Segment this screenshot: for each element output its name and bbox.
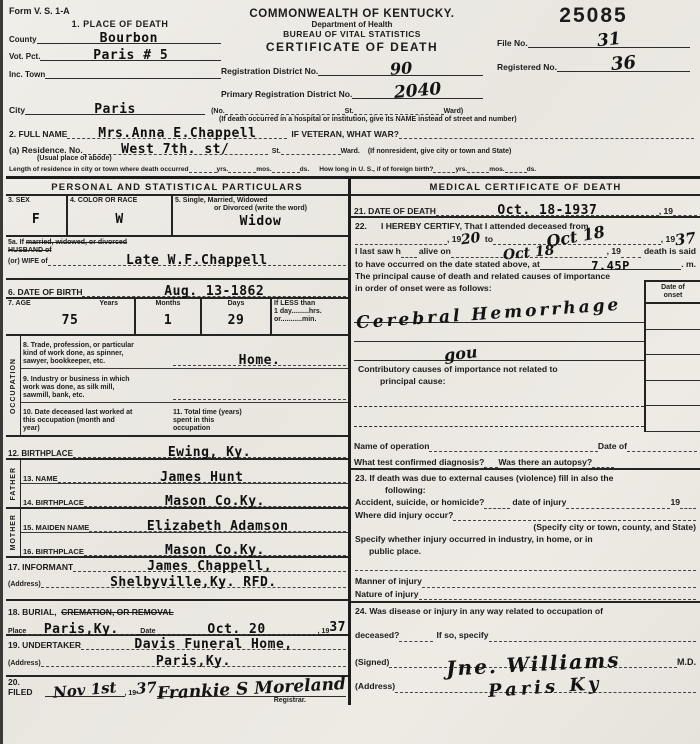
less-than-1: If LESS than (274, 300, 346, 308)
last-worked-1: 10. Date deceased last worked at (23, 409, 173, 417)
registered-no-label: Registered No. (497, 62, 557, 72)
mos2-label: mos. (489, 166, 504, 173)
where-note: (Specify city or town, county, and State… (355, 521, 696, 533)
residence-ward-label: Ward. (341, 148, 360, 155)
autopsy-label: Was there an autopsy? (498, 456, 592, 468)
filed-label: 20. FILED (8, 677, 45, 697)
file-no-field: File No. 31 (497, 30, 690, 48)
commonwealth-title: COMMONWEALTH OF KENTUCKY. (221, 8, 483, 20)
race-label: 4. COLOR OR RACE (70, 197, 169, 205)
birthplace-row: 12. BIRTHPLACE Ewing, Ky. (6, 437, 348, 460)
death-certificate-document: Form V. S. 1-A 1. PLACE OF DEATH County … (0, 0, 700, 744)
onset-label-1: Date of (646, 284, 700, 292)
residence-label: (a) Residence. No. (9, 145, 83, 155)
undertaker-address-label: (Address) (8, 660, 41, 667)
registered-no-value: 36 (610, 52, 637, 75)
informant-row: 17. INFORMANT James Chappell, (8, 559, 346, 572)
spouse-label-struck: married, widowed, or divorced (26, 239, 127, 246)
to-label: to (485, 233, 493, 246)
city-value: Paris (94, 102, 136, 117)
place-of-death-title: 1. PLACE OF DEATH (19, 19, 221, 29)
age-days-cell: Days 29 (202, 299, 272, 334)
cause-line-1: Cerebral Hemorrhage (354, 304, 644, 323)
sex-label: 3. SEX (8, 197, 64, 205)
full-name-field: 2. FULL NAME Mrs.Anna E.Chappell IF VETE… (9, 126, 694, 139)
certify-line-1: 22. I HEREBY CERTIFY, That I attended de… (355, 220, 696, 233)
date-of-onset-column: Date of onset (644, 282, 700, 432)
occupation-relation-block: 24. Was disease or injury in any way rel… (354, 603, 697, 705)
yrs2-label: yrs. (455, 166, 467, 173)
dob-row: 6. DATE OF BIRTH Aug. 13-1862 (6, 280, 348, 299)
yrs-label: yrs. (217, 166, 229, 173)
medical-column: MEDICAL CERTIFICATE OF DEATH 21. DATE OF… (351, 179, 700, 705)
nonresident-note: (If nonresident, give city or town and S… (368, 148, 512, 155)
operation-row: Name of operation Date of (354, 432, 697, 452)
trade-label-3: sawyer, bookkeeper, etc. (23, 358, 173, 366)
date-of-label: Date of (598, 440, 627, 452)
precinct-label: Vot. Pct. (9, 52, 40, 61)
md-suffix: M.D. (677, 656, 696, 669)
file-no-value: 31 (596, 29, 622, 51)
informant-block: 17. INFORMANT James Chappell, (Address) … (6, 558, 348, 601)
injury-date-label: date of injury (512, 496, 566, 509)
test-label: What test confirmed diagnosis? (354, 456, 484, 468)
precinct-value: Paris # 5 (93, 48, 168, 63)
filed-block: 20. FILED Nov 1st , 19 37 Frankie S More… (6, 677, 348, 705)
last-saw-2: alive on (419, 245, 451, 258)
registered-no-field: Registered No. 36 (497, 53, 690, 72)
undertaker-address-row: (Address) Paris,Ky. (8, 654, 346, 667)
mother-block: MOTHER 15. MAIDEN NAME Elizabeth Adamson… (6, 509, 348, 558)
item23-1: 23. If death was due to external causes … (355, 472, 696, 484)
total-time-1: 11. Total time (years) (173, 409, 346, 417)
undertaker-row: 19. UNDERTAKER Davis Funeral Home, (8, 637, 346, 650)
trade-label-2: kind of work done, as spinner, (23, 350, 173, 358)
contributory-block: Contributory causes of importance not re… (354, 361, 644, 391)
filed-year-prefix: , 19 (125, 690, 137, 697)
industry-label-3: sawmill, bank, etc. (23, 392, 173, 400)
nature-label: Nature of injury (355, 588, 419, 601)
filed-year-value: 37 (136, 678, 158, 697)
father-birthplace-row: 14. BIRTHPLACE Mason Co.Ky. (21, 484, 348, 507)
manner-label: Manner of injury (355, 575, 422, 588)
city-field: City Paris (No. St. Ward) (9, 102, 694, 115)
item23-2: following: (355, 484, 696, 496)
city-note: (If death occurred in a hospital or inst… (219, 116, 694, 123)
cause-area: in order of onset were as follows: Cereb… (354, 282, 700, 432)
less-than-3: or...........min. (274, 316, 346, 324)
registration-district-label: Registration District No. (221, 66, 318, 76)
deceased-row: deceased? If so, specify (355, 629, 696, 642)
primary-district-field: Primary Registration District No. 2040 (221, 81, 483, 99)
residence-field: (a) Residence. No. West 7th. st/ St. War… (9, 142, 694, 155)
sex-cell: 3. SEX F (6, 196, 68, 235)
trade-value: Home. (239, 353, 281, 368)
age-years-cell: 7. AGEYears 75 (6, 299, 136, 334)
injury-year: 19 (670, 496, 680, 509)
informant-label: 17. INFORMANT (8, 562, 73, 572)
spouse-label-3: (or) WIFE of (8, 258, 48, 266)
dob-value: Aug. 13-1862 (164, 284, 264, 299)
commonwealth-block: COMMONWEALTH OF KENTUCKY. Department of … (221, 4, 483, 99)
contributory-2: principal cause: (358, 375, 644, 387)
mother-name-row: 15. MAIDEN NAME Elizabeth Adamson (21, 509, 348, 533)
serial-number: 25085 (497, 4, 690, 28)
mother-bp-value: Mason Co.Ky. (165, 543, 265, 558)
burial-year-value: 37 (329, 620, 346, 635)
cause-scribble: gou (443, 342, 478, 364)
accident-row: Accident, suicide, or homicide? date of … (355, 496, 696, 509)
total-time-2: spent in this (173, 417, 346, 425)
date-of-death-row: 21. DATE OF DEATH Oct. 18-1937 , 19 (351, 196, 700, 218)
days-label: Days (204, 300, 268, 308)
burial-place-date-row: Place Paris,Ky. Date Oct. 20 , 19 37 (8, 620, 346, 635)
nature-row: Nature of injury (355, 588, 696, 601)
father-name-value: James Hunt (160, 470, 243, 485)
marital-cell: 5. Single, Married, Widowed or Divorced … (173, 196, 348, 235)
onset-label-2: onset (646, 292, 700, 300)
days-value: 29 (228, 313, 245, 328)
sex-race-marital-row: 3. SEX F 4. COLOR OR RACE W 5. Single, M… (6, 196, 348, 237)
county-label: County (9, 35, 37, 44)
mother-side-label: MOTHER (10, 514, 17, 550)
m-label: . m. (681, 258, 696, 271)
city-st-label: St. (345, 108, 354, 115)
residence-st-label: St. (272, 148, 281, 155)
ds2-label: ds. (527, 166, 537, 173)
specify-1: Specify whether injury occurred in indus… (355, 533, 696, 545)
filed-row: 20. FILED Nov 1st , 19 37 Frankie S More… (8, 677, 346, 697)
mos-label: mos. (256, 166, 271, 173)
marital-value: Widow (240, 214, 282, 229)
veteran-label: IF VETERAN, WHAT WAR? (291, 129, 399, 139)
test-autopsy-row: What test confirmed diagnosis? Was there… (351, 452, 700, 470)
mother-birthplace-row: 16. BIRTHPLACE Mason Co.Ky. (21, 533, 348, 556)
cause-line-3: gou (354, 342, 644, 361)
personal-title: PERSONAL AND STATISTICAL PARTICULARS (6, 179, 348, 196)
certify-line-2: , 19 20 to Oct 18 , 19 37 (355, 233, 696, 246)
father-side-label: FATHER (10, 467, 17, 500)
burial-year-prefix: , 19 (318, 628, 330, 635)
specify-2: public place. (355, 545, 696, 557)
age-label: 7. AGE (8, 300, 31, 308)
race-value: W (115, 212, 123, 227)
accident-label: Accident, suicide, or homicide? (355, 496, 484, 509)
burial-place-label: Place (8, 628, 26, 635)
age-row: 7. AGEYears 75 Months 1 Days 29 If LESS … (6, 299, 348, 336)
age-months-cell: Months 1 (136, 299, 202, 334)
inc-town-field: Inc. Town (9, 70, 221, 79)
burial-date-value: Oct. 20 (207, 622, 265, 637)
med-address-label: (Address) (355, 680, 395, 693)
registration-district-value: 90 (389, 58, 413, 79)
marital-label-1: 5. Single, Married, Widowed (175, 197, 346, 205)
burial-label-struck: CREMATION, OR REMOVAL (61, 607, 174, 617)
where-label: Where did injury occur? (355, 509, 453, 522)
city-ward-label: Ward) (444, 108, 464, 115)
father-bp-value: Mason Co.Ky. (165, 494, 265, 509)
spouse-row: 5a. If married, widowed, or divorced HUS… (6, 237, 348, 280)
medical-title: MEDICAL CERTIFICATE OF DEATH (351, 179, 700, 196)
to-year-prefix: , 19 (661, 233, 675, 246)
main-columns: PERSONAL AND STATISTICAL PARTICULARS 3. … (6, 176, 700, 705)
industry-row: 9. Industry or business in which work wa… (21, 369, 348, 403)
primary-district-label: Primary Registration District No. (221, 89, 352, 99)
signed-row: (Signed) Jne. Williams M.D. (355, 656, 696, 669)
file-numbers-block: 25085 File No. 31 Registered No. 36 (483, 4, 694, 99)
burial-label: 18. BURIAL, (8, 607, 57, 617)
mother-name-label: 15. MAIDEN NAME (23, 524, 89, 532)
less-than-cell: If LESS than 1 day.........hrs. or......… (272, 299, 348, 334)
last-worked-row: 10. Date deceased last worked at this oc… (21, 403, 348, 436)
months-label: Months (138, 300, 198, 308)
occupation-side-label: OCCUPATION (10, 358, 17, 414)
father-name-row: 13. NAME James Hunt (21, 460, 348, 484)
father-block: FATHER 13. NAME James Hunt 14. BIRTHPLAC… (6, 460, 348, 509)
trade-row: 8. Trade, profession, or particular kind… (21, 336, 348, 370)
contributory-1: Contributory causes of importance not re… (358, 363, 644, 375)
registration-district-field: Registration District No. 90 (221, 59, 483, 76)
certificate-title: CERTIFICATE OF DEATH (221, 40, 483, 54)
from-year-value: 20 (461, 231, 482, 246)
personal-column: PERSONAL AND STATISTICAL PARTICULARS 3. … (6, 179, 351, 705)
sex-value: F (32, 212, 40, 227)
ds-label: ds. (300, 166, 310, 173)
informant-value: James Chappell, (147, 559, 272, 574)
informant-address-value: Shelbyville,Ky. RFD. (110, 575, 277, 590)
city-label: City (9, 105, 25, 115)
less-than-2: 1 day.........hrs. (274, 308, 346, 316)
mother-bp-label: 16. BIRTHPLACE (23, 548, 84, 556)
industry-label-1: 9. Industry or business in which (23, 376, 173, 384)
item22-number: 22. (355, 220, 367, 233)
certify-block: 22. I HEREBY CERTIFY, That I attended de… (354, 218, 697, 282)
dod-year-suffix: , 19 (659, 206, 673, 216)
inc-town-label: Inc. Town (9, 70, 45, 79)
trade-label-1: 8. Trade, profession, or particular (23, 342, 173, 350)
cause-line-2 (354, 323, 644, 342)
to-year-value: 37 (674, 231, 696, 246)
length-of-residence-row: Length of residence in city or town wher… (9, 166, 694, 173)
burial-date-label: Date (140, 628, 155, 635)
burial-place-value: Paris,Ky. (44, 622, 119, 637)
spouse-value: Late W.F.Chappell (126, 253, 268, 268)
manner-row: Manner of injury (355, 575, 696, 588)
primary-district-value: 2040 (393, 79, 442, 103)
informant-address-label: (Address) (8, 581, 41, 588)
dod-value: Oct. 18-1937 (497, 203, 597, 218)
full-name-label: 2. FULL NAME (9, 129, 67, 139)
years-label: Years (99, 300, 118, 308)
address-row: (Address) Paris Ky (355, 680, 696, 693)
residence-value: West 7th. st/ (121, 142, 229, 157)
last-worked-3: year) (23, 425, 173, 433)
full-name-value: Mrs.Anna E.Chappell (98, 126, 256, 141)
signed-label: (Signed) (355, 656, 389, 669)
from-year-prefix: , 19 (447, 233, 461, 246)
county-field: County Bourbon (9, 31, 221, 44)
father-name-label: 13. NAME (23, 475, 58, 483)
undertaker-label: 19. UNDERTAKER (8, 640, 81, 650)
header: Form V. S. 1-A 1. PLACE OF DEATH County … (9, 4, 694, 99)
operation-label: Name of operation (354, 440, 429, 452)
length-left-label: Length of residence in city or town wher… (9, 166, 189, 173)
undertaker-value: Davis Funeral Home, (134, 637, 292, 652)
if-so-label: If so, specify (436, 629, 488, 642)
months-value: 1 (164, 313, 172, 328)
city-no-label: (No. (211, 108, 225, 115)
physician-signature: Jne. Williams (446, 653, 621, 675)
last-saw-1: I last saw h (355, 245, 401, 258)
occupation-block: OCCUPATION 8. Trade, profession, or part… (6, 336, 348, 438)
father-bp-label: 14. BIRTHPLACE (23, 499, 84, 507)
birthplace-value: Ewing, Ky. (168, 445, 251, 460)
county-value: Bourbon (100, 31, 158, 46)
deceased-label: deceased? (355, 629, 399, 642)
industry-label-2: work was done, as silk mill, (23, 384, 173, 392)
undertaker-block: 19. UNDERTAKER Davis Funeral Home, (Addr… (6, 636, 348, 677)
last-saw-year: , 19 (607, 245, 621, 258)
physician-address: Paris Ky (488, 678, 603, 698)
length-right-label: How long in U. S., if of foreign birth? (319, 166, 433, 173)
external-causes-block: 23. If death was due to external causes … (354, 470, 697, 600)
department-line: Department of Health (221, 20, 483, 29)
years-value: 75 (62, 313, 79, 328)
spouse-label-1: 5a. If (8, 239, 24, 246)
race-cell: 4. COLOR OR RACE W (68, 196, 173, 235)
where-row: Where did injury occur? (355, 509, 696, 522)
bureau-line: BUREAU OF VITAL STATISTICS (221, 29, 483, 39)
informant-address-row: (Address) Shelbyville,Ky. RFD. (8, 575, 346, 588)
last-worked-2: this occupation (month and (23, 417, 173, 425)
dob-label: 6. DATE OF BIRTH (8, 287, 82, 297)
burial-block: 18. BURIAL, CREMATION, OR REMOVAL Place … (6, 601, 348, 636)
birthplace-label: 12. BIRTHPLACE (8, 450, 73, 458)
file-no-label: File No. (497, 38, 528, 48)
item24-1: 24. Was disease or injury in any way rel… (355, 605, 696, 617)
undertaker-address-value: Paris,Ky. (156, 654, 231, 669)
total-time-3: occupation (173, 425, 346, 433)
last-saw-line: I last saw h alive on Oct 18 , 19 death … (355, 245, 696, 258)
mother-name-value: Elizabeth Adamson (147, 519, 289, 534)
form-number: Form V. S. 1-A (9, 6, 221, 16)
place-of-death-block: Form V. S. 1-A 1. PLACE OF DEATH County … (9, 4, 221, 99)
precinct-field: Vot. Pct. Paris # 5 (9, 48, 221, 61)
dod-label: 21. DATE OF DEATH (354, 206, 436, 216)
